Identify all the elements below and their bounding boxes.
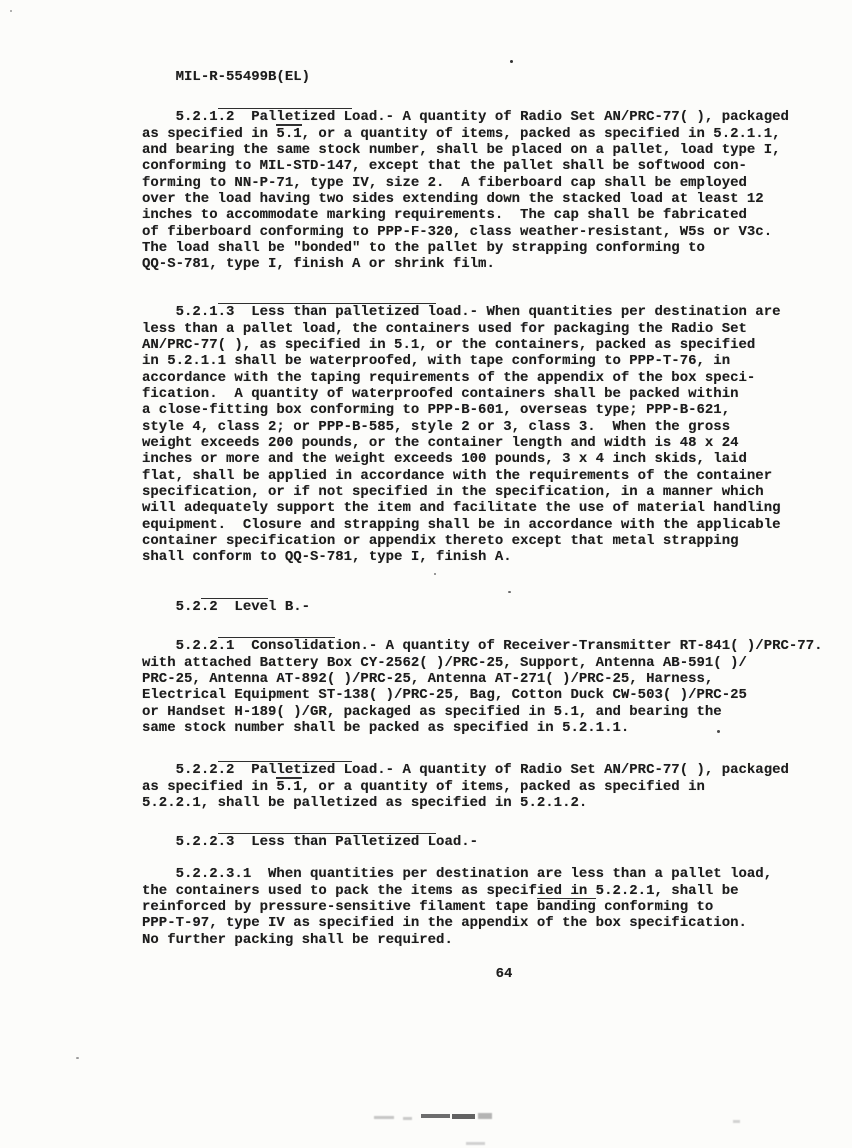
paragraph-text: 5.2.1.3 Less than palletized load.- When… — [142, 304, 781, 565]
paragraph-text: 5.2.2.1 Consolidation.- A quantity of Re… — [142, 638, 823, 736]
paragraph-text: 5.2.2.2 Palletized Load.- A quantity of … — [142, 762, 789, 811]
reference-underline — [276, 777, 301, 779]
title-underline — [218, 761, 352, 763]
scan-smudge — [452, 1114, 475, 1119]
paragraph-text: 5.2.2.3.1 When quantities per destinatio… — [142, 866, 772, 947]
scan-speck — [10, 10, 12, 12]
heading-text: 5.2.2.3 Less than Palletized Load.- — [176, 834, 478, 850]
title-underline — [218, 303, 436, 305]
scan-smudge — [466, 1142, 485, 1145]
scan-speck — [510, 60, 513, 63]
scan-smudge — [478, 1113, 492, 1119]
title-underline — [218, 637, 336, 639]
title-underline — [218, 833, 436, 835]
title-underline — [201, 598, 268, 600]
reference-underline — [276, 124, 301, 126]
scan-speck — [508, 591, 511, 593]
heading-text: 5.2.2 Level B.- — [176, 599, 310, 615]
doc-number-text: MIL-R-55499B(EL) — [176, 69, 310, 85]
scan-smudge — [374, 1116, 394, 1119]
scan-speck — [717, 730, 720, 733]
paragraph-5-2-1-3: 5.2.1.3 Less than palletized load.- When… — [142, 288, 781, 598]
title-underline — [218, 108, 352, 110]
paragraph-text: 5.2.1.2 Palletized Load.- A quantity of … — [142, 109, 789, 272]
paragraph-5-2-2-3-1: 5.2.2.3.1 When quantities per destinatio… — [142, 850, 772, 981]
scan-smudge — [421, 1114, 450, 1118]
document-page: MIL-R-55499B(EL) 5.2.1.2 Palletized Load… — [0, 0, 852, 1148]
scan-speck — [434, 573, 436, 575]
scan-smudge — [403, 1117, 412, 1120]
word-underline-banding — [537, 898, 596, 900]
page-number-text: 64 — [496, 966, 513, 982]
scan-speck — [76, 1057, 79, 1059]
page-number: 64 — [462, 950, 512, 999]
scan-smudge — [733, 1120, 740, 1123]
